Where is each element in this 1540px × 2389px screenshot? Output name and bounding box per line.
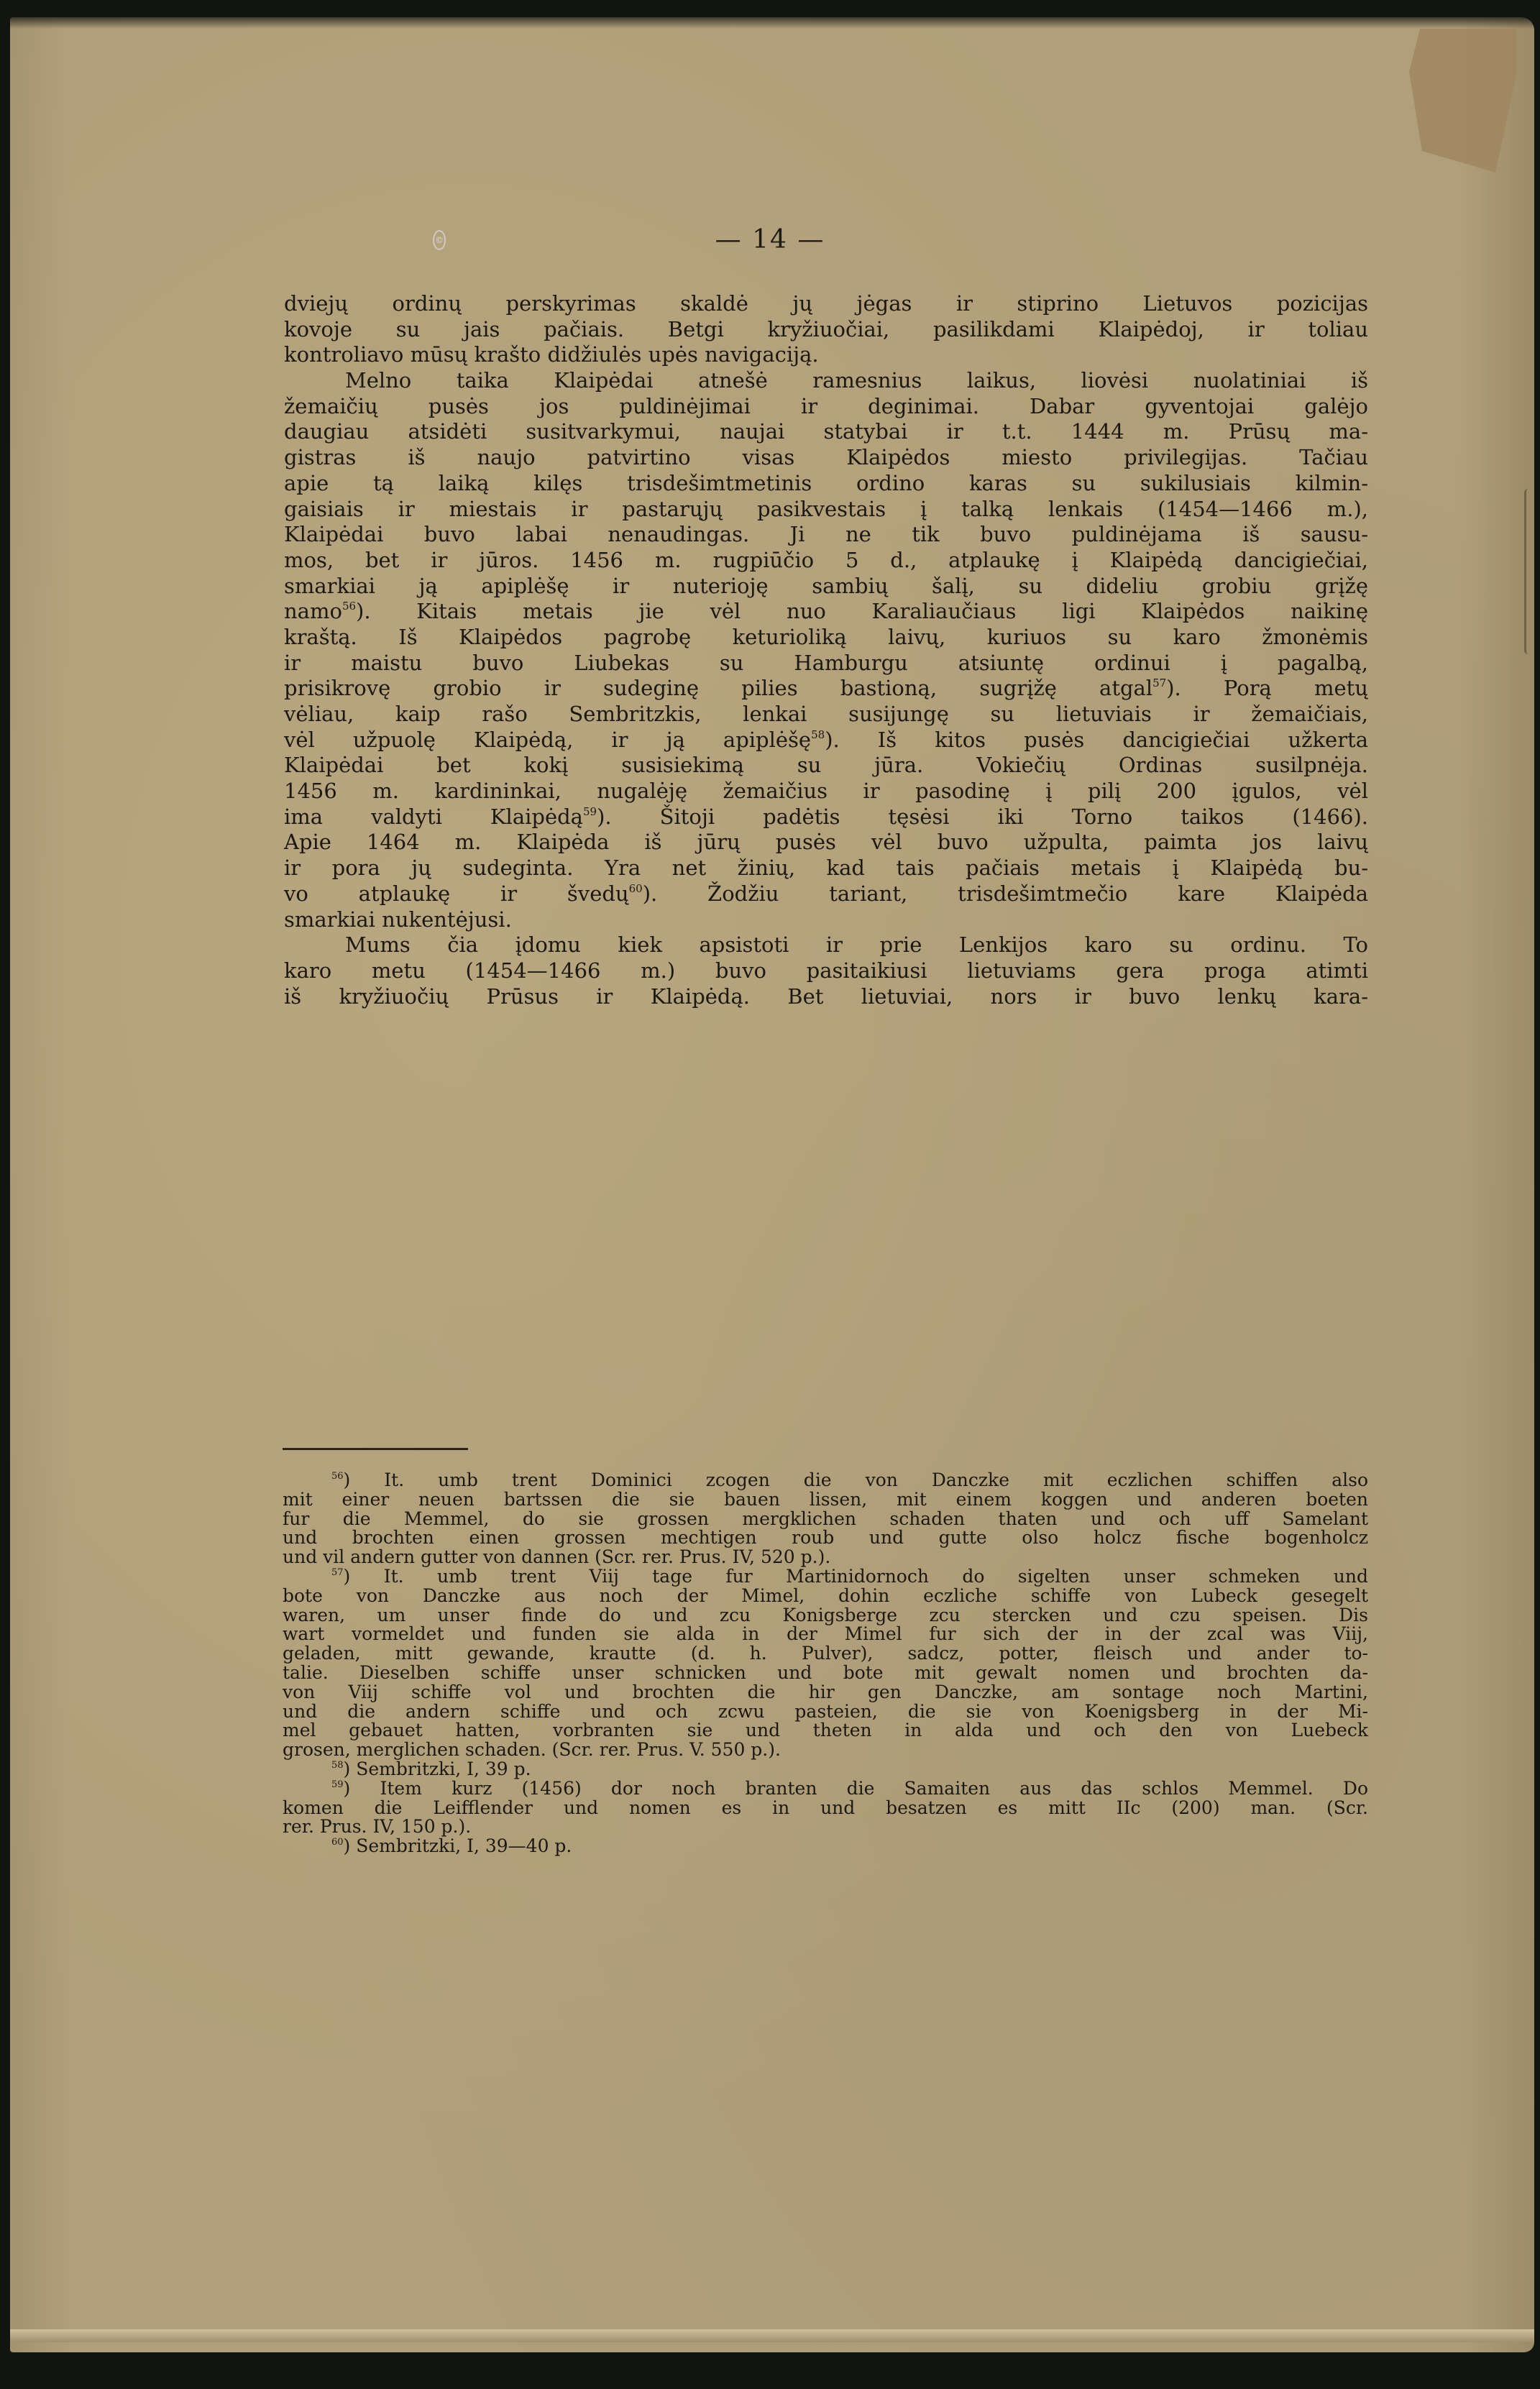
body-line: Apie 1464 m. Klaipėda iš jūrų pusės vėl …: [284, 830, 1368, 856]
body-line-text: ). Iš kitos pusės dancigiečiai užkerta: [825, 728, 1368, 752]
footnote-number: 57: [331, 1567, 344, 1578]
body-line: kovoje su jais pačiais. Betgi kryžiuočia…: [284, 317, 1368, 343]
body-line: ima valdyti Klaipėdą59). Šitoji padėtis …: [284, 804, 1368, 830]
body-line-text: ). Žodžiu tariant, trisdešimtmečio kare …: [643, 881, 1368, 906]
body-line-text: gistras iš naujo patvirtino visas Klaipė…: [284, 445, 1368, 469]
body-line: smarkiai ją apiplėšę ir nuterioję sambių…: [284, 574, 1368, 600]
body-line-text: dviejų ordinų perskyrimas skaldė jų jėga…: [284, 291, 1368, 316]
body-line-text: karo metu (1454—1466 m.) buvo pasitaikiu…: [284, 958, 1368, 983]
footnote-57: 57) It. umb trent Viij tage fur Martinid…: [283, 1567, 1368, 1760]
footnote-paren: ): [344, 1469, 385, 1490]
body-line-text: Klaipėdai bet kokį susisiekimą su jūra. …: [284, 753, 1368, 777]
body-line: smarkiai nukentėjusi.: [284, 907, 1368, 933]
footnote-line-text: Sembritzki, I, 39 p.: [356, 1758, 531, 1779]
body-line-text: mos, bet ir jūros. 1456 m. rugpiūčio 5 d…: [284, 548, 1368, 572]
footnote-divider: [283, 1448, 468, 1450]
footnote-reference[interactable]: 58: [811, 728, 825, 741]
body-line: Melno taika Klaipėdai atnešė ramesnius l…: [284, 368, 1368, 394]
body-line: Mums čia įdomu kiek apsistoti ir prie Le…: [284, 932, 1368, 958]
footnote-line: und brochten einen grossen mechtigen rou…: [283, 1528, 1368, 1548]
footnote-line-text: Sembritzki, I, 39—40 p.: [356, 1835, 572, 1856]
footnote-number: 58: [331, 1760, 344, 1771]
footnotes: 56) It. umb trent Dominici zcogen die vo…: [283, 1471, 1368, 1856]
footnote-line-text: mit einer neuen bartssen die sie bauen l…: [283, 1489, 1368, 1510]
footnote-line: von Viij schiffe vol und brochten die hi…: [283, 1683, 1368, 1702]
footnote-line: bote von Danczke aus noch der Mimel, doh…: [283, 1587, 1368, 1606]
body-line-text: vo atplaukę ir švedų: [284, 881, 629, 906]
footnote-line: und vil andern gutter von dannen (Scr. r…: [283, 1548, 1368, 1567]
body-line: apie tą laiką kilęs trisdešimtmetinis or…: [284, 471, 1368, 497]
body-line: Klaipėdai buvo labai nenaudingas. Ji ne …: [284, 522, 1368, 548]
footnote-line-text: bote von Danczke aus noch der Mimel, doh…: [283, 1585, 1368, 1606]
footnote-reference[interactable]: 59: [583, 805, 597, 818]
body-line: gaisiais ir miestais ir pastarųjų pasikv…: [284, 497, 1368, 523]
body-line-text: iš kryžiuočių Prūsus ir Klaipėdą. Bet li…: [284, 984, 1368, 1009]
footnote-line-text: geladen, mitt gewande, krautte (d. h. Pu…: [283, 1643, 1368, 1664]
body-line: iš kryžiuočių Prūsus ir Klaipėdą. Bet li…: [284, 984, 1368, 1010]
body-line-text: ir pora jų sudeginta. Yra net žinių, kad…: [284, 856, 1368, 880]
body-line: prisikrovę grobio ir sudeginę pilies bas…: [284, 676, 1368, 702]
torn-top-edge: [10, 0, 1534, 29]
footnote-line-text: grosen, merglichen schaden. (Scr. rer. P…: [283, 1739, 781, 1760]
footnote-56: 56) It. umb trent Dominici zcogen die vo…: [283, 1471, 1368, 1567]
body-line-text: Klaipėdai buvo labai nenaudingas. Ji ne …: [284, 522, 1368, 546]
body-line-text: Mums čia įdomu kiek apsistoti ir prie Le…: [345, 932, 1368, 957]
page-number: — 14 —: [0, 225, 1540, 255]
footnote-line: waren, um unser finde do und zcu Konigsb…: [283, 1606, 1368, 1625]
body-line-text: smarkiai ją apiplėšę ir nuterioję sambių…: [284, 574, 1368, 598]
footnote-line: fur die Memmel, do sie grossen mergklich…: [283, 1510, 1368, 1529]
body-line-text: ima valdyti Klaipėdą: [284, 804, 583, 829]
body-line: 1456 m. kardininkai, nugalėję žemaičius …: [284, 779, 1368, 804]
body-line-text: apie tą laiką kilęs trisdešimtmetinis or…: [284, 471, 1368, 495]
footnote-reference[interactable]: 56: [342, 600, 356, 613]
footnote-line: 57) It. umb trent Viij tage fur Martinid…: [283, 1567, 1368, 1587]
footnote-paren: ): [344, 1778, 380, 1799]
body-line: mos, bet ir jūros. 1456 m. rugpiūčio 5 d…: [284, 548, 1368, 574]
footnote-line: wart vormeldet und funden sie alda in de…: [283, 1625, 1368, 1644]
footnote-reference[interactable]: 60: [629, 882, 643, 895]
footnote-number: 56: [331, 1471, 344, 1482]
footnote-line-text: talie. Dieselben schiffe unser schnicken…: [283, 1662, 1368, 1683]
footnote-line-text: und vil andern gutter von dannen (Scr. r…: [283, 1546, 830, 1567]
body-line-text: prisikrovę grobio ir sudeginę pilies bas…: [284, 676, 1152, 700]
body-line-text: smarkiai nukentėjusi.: [284, 907, 512, 932]
body-line: kraštą. Iš Klaipėdos pagrobę keturioliką…: [284, 625, 1368, 651]
footnote-line-text: und brochten einen grossen mechtigen rou…: [283, 1527, 1368, 1548]
footnote-reference[interactable]: 57: [1152, 677, 1166, 689]
body-line: vo atplaukę ir švedų60). Žodžiu tariant,…: [284, 881, 1368, 907]
footnote-line: mel gebauet hatten, vorbranten sie und t…: [283, 1721, 1368, 1741]
body-line-text: Apie 1464 m. Klaipėda iš jūrų pusės vėl …: [284, 830, 1368, 854]
body-line-text: kontroliavo mūsų krašto didžiulės upės n…: [284, 342, 819, 367]
footnote-line: 60) Sembritzki, I, 39—40 p.: [283, 1837, 1368, 1856]
body-line: dviejų ordinų perskyrimas skaldė jų jėga…: [284, 291, 1368, 317]
footnote-line: 56) It. umb trent Dominici zcogen die vo…: [283, 1471, 1368, 1490]
body-line-text: žemaičių pusės jos puldinėjimai ir degin…: [284, 394, 1368, 418]
body-line: ir maistu buvo Liubekas su Hamburgu atsi…: [284, 651, 1368, 677]
footnote-line: 58) Sembritzki, I, 39 p.: [283, 1760, 1368, 1779]
body-line-text: daugiau atsidėti susitvarkymui, naujai s…: [284, 419, 1368, 444]
body-line-text: 1456 m. kardininkai, nugalėję žemaičius …: [284, 779, 1368, 803]
footnote-line: 59) Item kurz (1456) dor noch branten di…: [283, 1779, 1368, 1799]
footnote-line-text: komen die Leifflender und nomen es in un…: [283, 1797, 1368, 1818]
body-line: vėl užpuolę Klaipėdą, ir ją apiplėšę58).…: [284, 728, 1368, 753]
body-line: namo56). Kitais metais jie vėl nuo Karal…: [284, 599, 1368, 625]
footnote-line-text: fur die Memmel, do sie grossen mergklich…: [283, 1508, 1368, 1529]
footnote-line-text: waren, um unser finde do und zcu Konigsb…: [283, 1605, 1368, 1625]
footnote-58: 58) Sembritzki, I, 39 p.: [283, 1760, 1368, 1779]
footnote-line: grosen, merglichen schaden. (Scr. rer. P…: [283, 1741, 1368, 1760]
body-text: dviejų ordinų perskyrimas skaldė jų jėga…: [284, 291, 1368, 1009]
footnote-number: 60: [331, 1837, 344, 1848]
body-line-text: Melno taika Klaipėdai atnešė ramesnius l…: [345, 368, 1368, 393]
body-line-text: kraštą. Iš Klaipėdos pagrobę keturioliką…: [284, 625, 1368, 649]
body-line-text: ). Šitoji padėtis tęsėsi iki Torno taiko…: [597, 804, 1368, 829]
footnote-line: mit einer neuen bartssen die sie bauen l…: [283, 1490, 1368, 1510]
body-line: ir pora jų sudeginta. Yra net žinių, kad…: [284, 856, 1368, 881]
footnote-paren: ): [344, 1566, 384, 1587]
footnote-line: geladen, mitt gewande, krautte (d. h. Pu…: [283, 1644, 1368, 1664]
body-line-text: ). Porą metų: [1166, 676, 1368, 700]
footnote-line: komen die Leifflender und nomen es in un…: [283, 1799, 1368, 1818]
footnote-line-text: mel gebauet hatten, vorbranten sie und t…: [283, 1720, 1368, 1741]
footnote-line-text: rer. Prus. IV, 150 p.).: [283, 1816, 471, 1837]
body-line: karo metu (1454—1466 m.) buvo pasitaikiu…: [284, 958, 1368, 984]
footnote-60: 60) Sembritzki, I, 39—40 p.: [283, 1837, 1368, 1856]
footnote-line: talie. Dieselben schiffe unser schnicken…: [283, 1664, 1368, 1683]
footnote-line-text: von Viij schiffe vol und brochten die hi…: [283, 1682, 1368, 1702]
body-line: gistras iš naujo patvirtino visas Klaipė…: [284, 445, 1368, 471]
footnote-59: 59) Item kurz (1456) dor noch branten di…: [283, 1779, 1368, 1837]
body-line: daugiau atsidėti susitvarkymui, naujai s…: [284, 419, 1368, 445]
body-line: vėliau, kaip rašo Sembritzkis, lenkai su…: [284, 702, 1368, 728]
footnote-number: 59: [331, 1779, 344, 1790]
footnote-line-text: wart vormeldet und funden sie alda in de…: [283, 1623, 1368, 1644]
footnote-line-text: It. umb trent Dominici zcogen die von Da…: [384, 1469, 1368, 1490]
footnote-line: rer. Prus. IV, 150 p.).: [283, 1817, 1368, 1837]
body-line-text: ir maistu buvo Liubekas su Hamburgu atsi…: [284, 651, 1368, 675]
footnote-line-text: und die andern schiffe und och zcwu past…: [283, 1701, 1368, 1722]
body-line: kontroliavo mūsų krašto didžiulės upės n…: [284, 342, 1368, 368]
bottom-edge: [10, 2329, 1534, 2342]
body-line-text: vėl užpuolę Klaipėdą, ir ją apiplėšę: [284, 728, 811, 752]
body-line: Klaipėdai bet kokį susisiekimą su jūra. …: [284, 753, 1368, 779]
footnote-line: und die andern schiffe und och zcwu past…: [283, 1702, 1368, 1722]
body-line-text: vėliau, kaip rašo Sembritzkis, lenkai su…: [284, 702, 1368, 726]
body-line-text: ). Kitais metais jie vėl nuo Karaliaučia…: [356, 599, 1368, 623]
footnote-paren: ): [344, 1835, 357, 1856]
edge-crease: [1524, 489, 1532, 654]
body-line-text: namo: [284, 599, 342, 623]
body-line-text: gaisiais ir miestais ir pastarųjų pasikv…: [284, 497, 1368, 521]
footnote-line-text: It. umb trent Viij tage fur Martinidorno…: [384, 1566, 1368, 1587]
footnote-line-text: Item kurz (1456) dor noch branten die Sa…: [380, 1778, 1368, 1799]
footnote-paren: ): [344, 1758, 357, 1779]
body-line: žemaičių pusės jos puldinėjimai ir degin…: [284, 394, 1368, 420]
body-line-text: kovoje su jais pačiais. Betgi kryžiuočia…: [284, 317, 1368, 341]
